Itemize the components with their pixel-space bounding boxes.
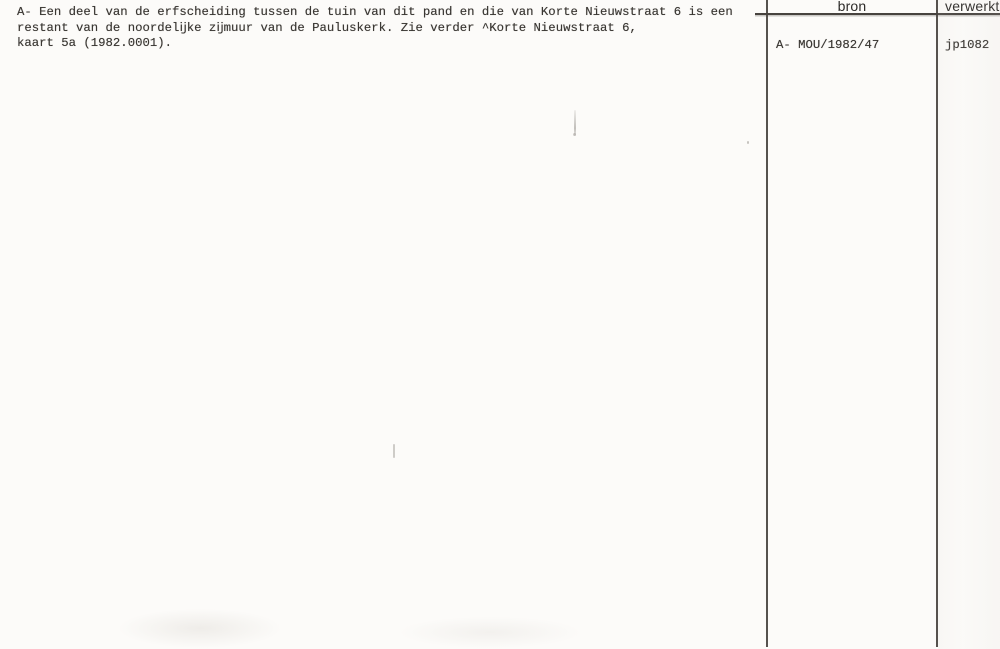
bron-cell-value: A- MOU/1982/47 xyxy=(776,38,879,54)
scan-shadow-artifact xyxy=(395,616,585,649)
column-header-bron: bron xyxy=(768,0,936,14)
note-line-1: A- Een deel van de erfscheiding tussen d… xyxy=(17,5,733,21)
table-border-left xyxy=(766,0,768,647)
scan-dot-artifact xyxy=(747,141,749,144)
scan-edge-tint xyxy=(938,0,1000,649)
scan-scratch-artifact xyxy=(393,444,395,458)
typewritten-note: A- Een deel van de erfscheiding tussen d… xyxy=(17,5,733,52)
verwerkt-cell-value: jp1082 xyxy=(945,38,989,54)
note-line-3: kaart 5a (1982.0001). xyxy=(17,36,733,52)
scan-shadow-artifact xyxy=(115,608,285,649)
scan-dot-artifact xyxy=(573,133,576,136)
table-border-middle xyxy=(936,0,938,647)
column-header-verwerkt: verwerkt xyxy=(945,0,1000,14)
scanned-archive-card: A- Een deel van de erfscheiding tussen d… xyxy=(0,0,1000,649)
note-line-2: restant van de noordelĳke zĳmuur van de … xyxy=(17,21,733,37)
